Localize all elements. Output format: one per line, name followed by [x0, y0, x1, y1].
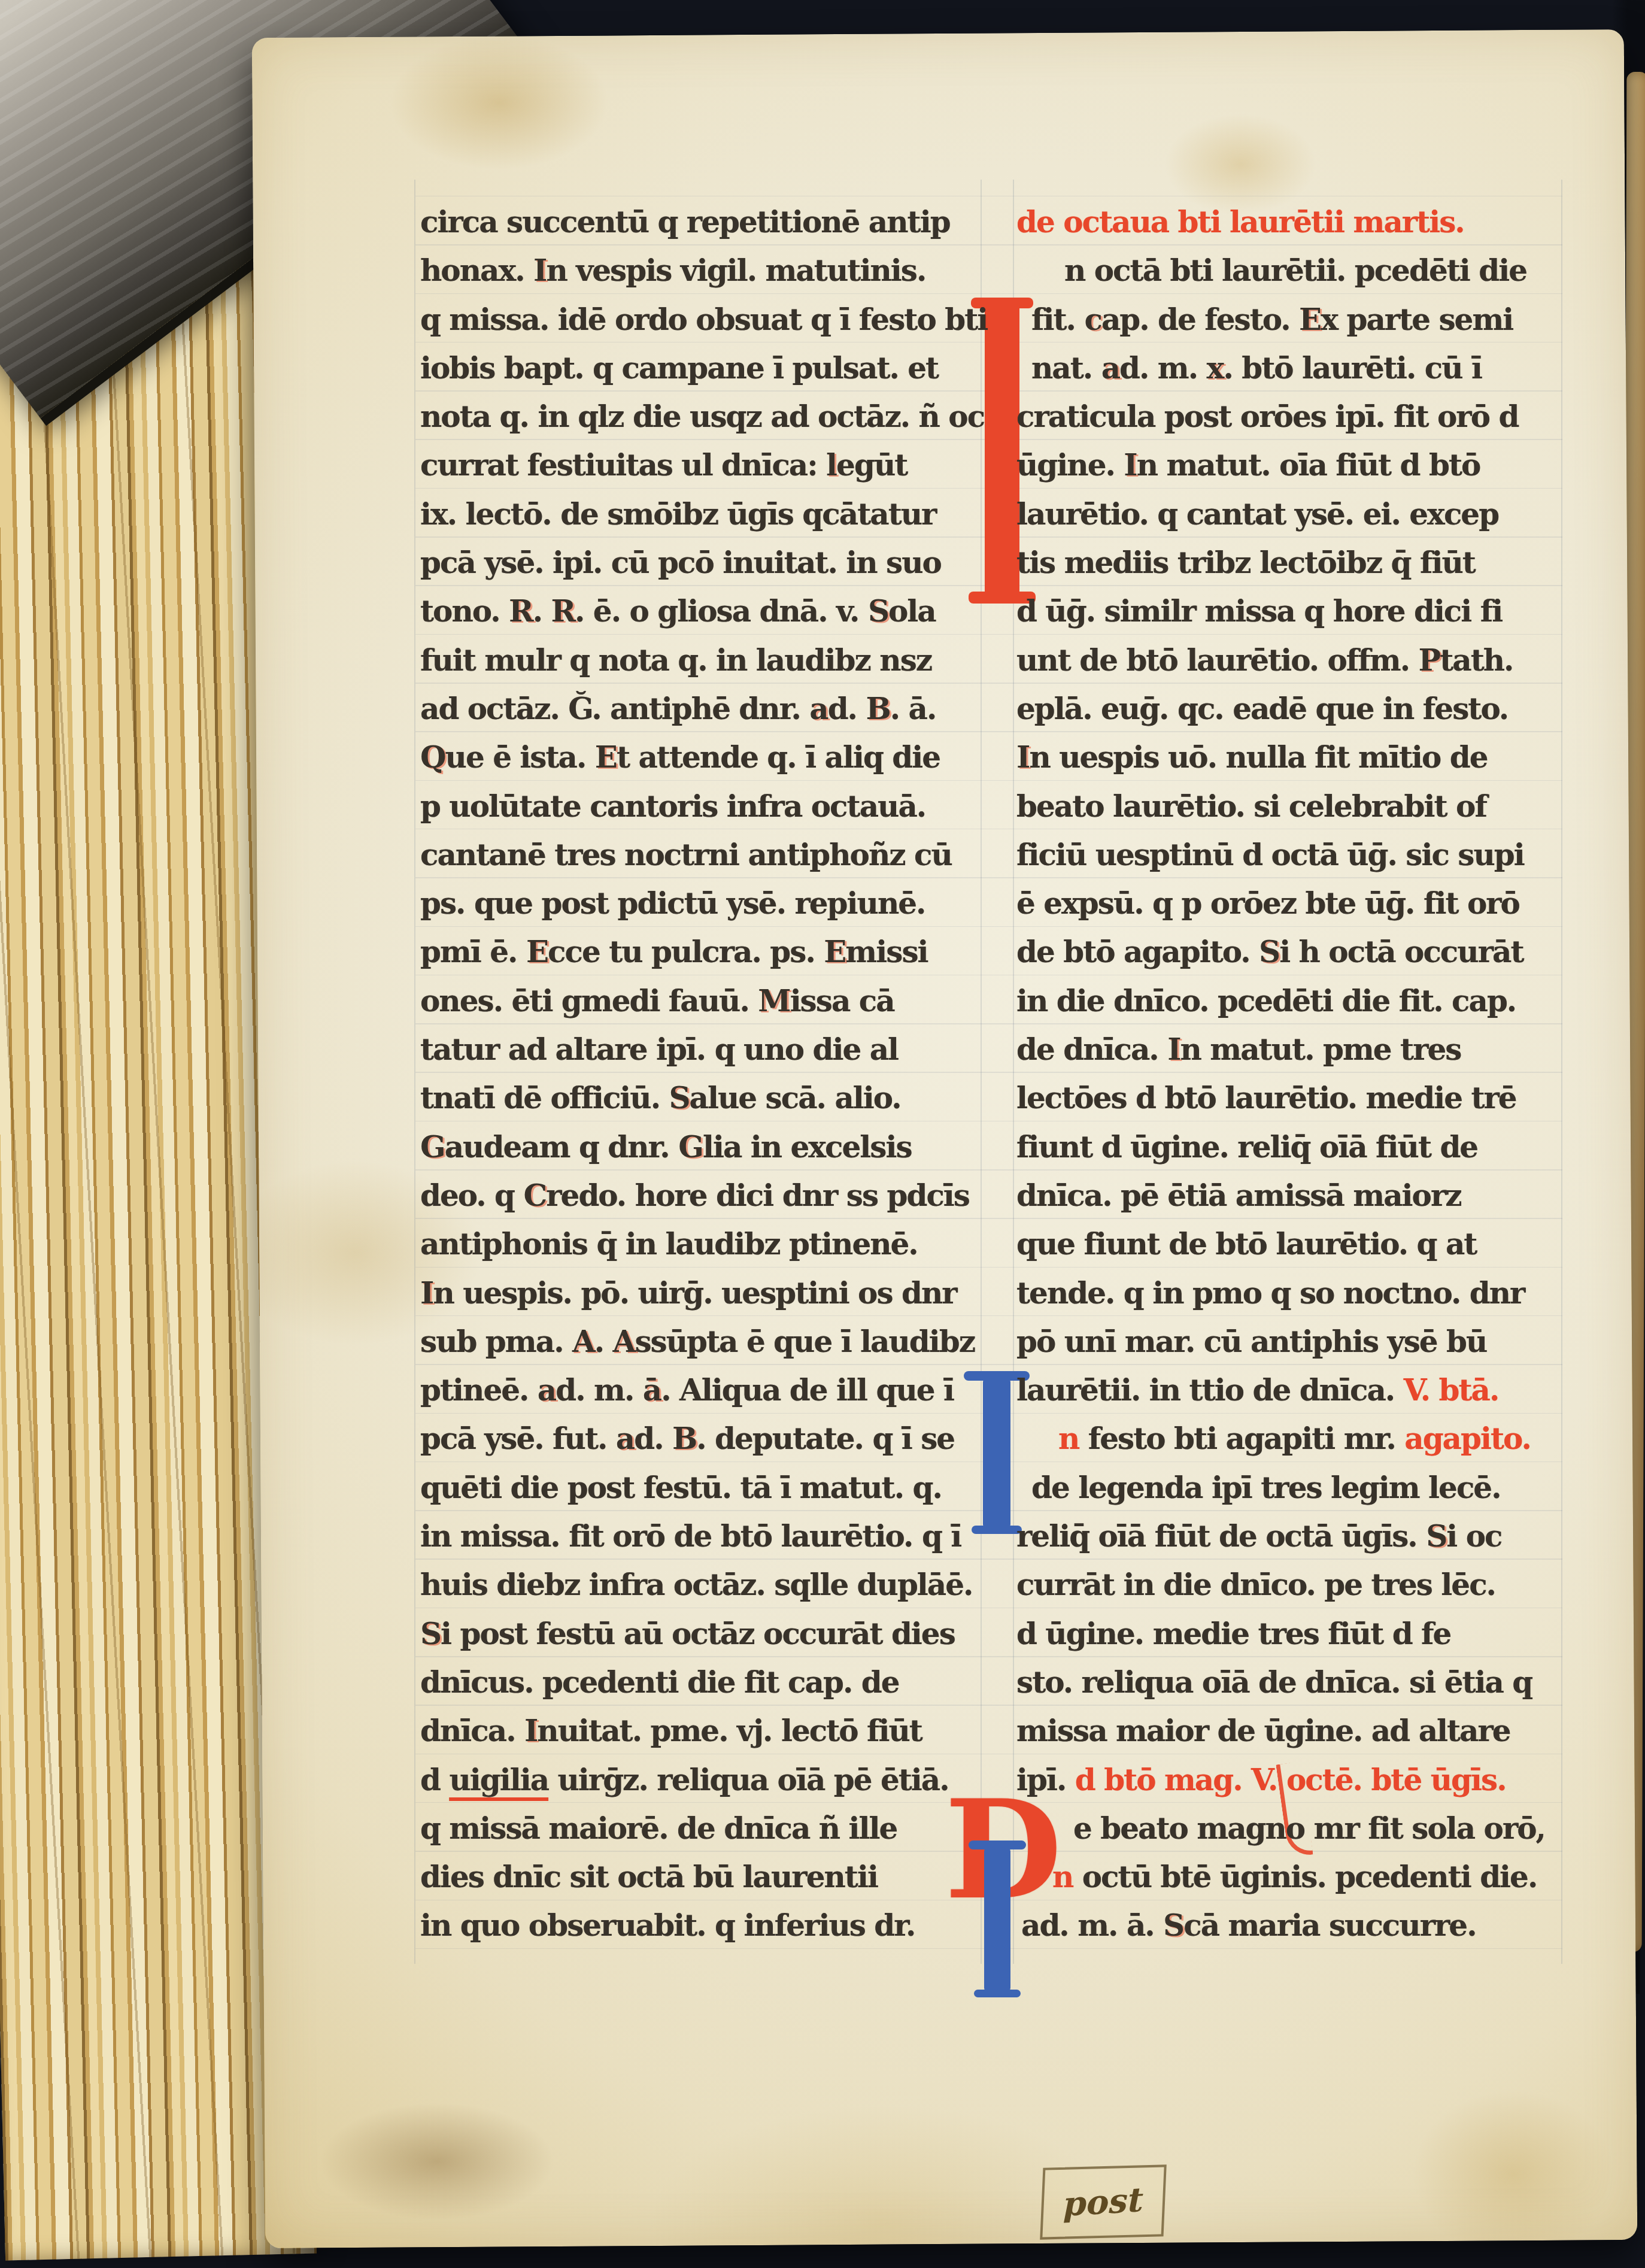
manuscript-text-segment: ones. ēti gmedi fauū. [420, 983, 758, 1018]
manuscript-text-segment: n vespis vigil. matutinis. [546, 253, 925, 288]
manuscript-line: que fiunt de btō laurētio. q at [1016, 1220, 1562, 1268]
manuscript-text-segment: A [572, 1324, 594, 1359]
manuscript-text-segment: iobis bapt. q campane ī pulsat. et [420, 350, 938, 386]
manuscript-text-segment: ix. lectō. de smōibz ūgīs qcātatur [420, 496, 936, 532]
manuscript-line: dnīca. pē ētiā amissā maiorz [1016, 1171, 1562, 1220]
manuscript-line: e beato magno mr fit sola orō, [1016, 1804, 1562, 1852]
manuscript-text-segment: B [866, 691, 890, 726]
manuscript-text-segment: d ūgine. medie tres fiūt d fe [1016, 1616, 1450, 1651]
manuscript-text-segment: pō unī mar. cū antiphis ysē bū [1016, 1324, 1486, 1359]
manuscript-text-segment: de legenda ipī tres legim lecē. [1031, 1470, 1501, 1505]
manuscript-line: In uespis uō. nulla fit mītio de [1016, 733, 1562, 781]
manuscript-line: cantanē tres noctrni antiphoñz cū [420, 830, 980, 879]
manuscript-text-segment: huis diebz infra octāz. sqlle duplāē. [420, 1567, 972, 1602]
manuscript-text-segment: E [526, 934, 548, 969]
manuscript-line: ad. m. ā. Scā maria succurre. [1016, 1901, 1562, 1949]
page-curl-shadow [281, 2084, 593, 2239]
rubric-heading: de octaua bti laurētii martis. [1016, 198, 1562, 246]
manuscript-text-segment: que fiunt de btō laurētio. q at [1016, 1226, 1476, 1262]
manuscript-text-segment: C [523, 1178, 546, 1213]
manuscript-text-segment: a [1101, 350, 1119, 386]
manuscript-text-segment: . btō laurēti. cū ī [1223, 350, 1482, 386]
manuscript-line: laurētio. q cantat ysē. ei. excep [1016, 490, 1562, 538]
manuscript-text-segment: alue scā. alio. [690, 1080, 901, 1115]
manuscript-line: ūgine. In matut. oīa fiūt d btō [1016, 441, 1562, 489]
manuscript-text-segment: I [533, 253, 546, 288]
manuscript-line: tende. q in pmo q so noctno. dnr [1016, 1269, 1562, 1317]
manuscript-line: currāt in die dnīco. pe tres lēc. [1016, 1560, 1562, 1609]
manuscript-text-segment: nuitat. pme. vj. lectō fiūt [537, 1713, 922, 1748]
manuscript-text-segment: x [1207, 350, 1224, 386]
manuscript-text-segment: a [616, 1421, 634, 1456]
manuscript-text-segment: e beato magno mr fit sola orō, [1073, 1811, 1545, 1846]
manuscript-text-segment: S [868, 593, 888, 629]
manuscript-text-segment: d [420, 1762, 449, 1797]
manuscript-text-segment: ue ē ista. [445, 739, 595, 775]
manuscript-line: fiunt d ūgine. reliq̄ oīā fiūt de [1016, 1123, 1562, 1171]
manuscript-text-segment: d ūḡ. similr missa q hore dici fi [1016, 593, 1502, 629]
manuscript-line: ps. que post pdictū ysē. repiunē. [420, 879, 980, 927]
manuscript-text-segment: uigilia [449, 1762, 548, 1797]
manuscript-text-segment: dnīca. pē ētiā amissā maiorz [1016, 1178, 1461, 1213]
manuscript-line: sto. reliqua oīā de dnīca. si ētia q [1016, 1658, 1562, 1706]
manuscript-text-segment: honax. [420, 253, 533, 288]
manuscript-text-segment: A [613, 1324, 635, 1359]
manuscript-text-segment: d btō mag. V. octē. btē ūgīs. [1075, 1762, 1506, 1797]
manuscript-text-segment: E [824, 934, 845, 969]
manuscript-line: de btō agapito. Si h octā occurāt [1016, 927, 1562, 976]
manuscript-text-segment: fit. [1031, 302, 1084, 337]
manuscript-text-segment: laurētii. in ttio de dnīca. [1016, 1372, 1404, 1408]
manuscript-text-segment: ipī. [1016, 1762, 1075, 1797]
manuscript-line: antiphonis q̄ in laudibz ptinenē. [420, 1220, 980, 1268]
manuscript-text-segment: . ē. o gliosa dnā. v. [575, 593, 868, 629]
manuscript-line: Si post festū aū octāz occurāt dies [420, 1609, 980, 1658]
manuscript-text-segment: circa succentū q repetitionē antip [420, 204, 950, 239]
manuscript-line: tis mediis tribz lectōibz q̄ fiūt [1016, 538, 1562, 587]
manuscript-line: nota q. in qlz die usqz ad octāz. ñ oc [420, 392, 980, 441]
manuscript-line: dies dnīc sit octā bū laurentii [420, 1852, 980, 1901]
manuscript-text-segment: lia in excelsis [703, 1129, 912, 1165]
manuscript-text-segment: dies dnīc sit octā bū laurentii [420, 1859, 878, 1894]
manuscript-text-segment: ūgine. [1016, 447, 1124, 483]
manuscript-line: in quo obseruabit. q inferius dr. [420, 1901, 980, 1949]
manuscript-line: n octū btē ūginis. pcedenti die. [1016, 1852, 1562, 1901]
manuscript-text-segment: S [1259, 934, 1279, 969]
manuscript-text-segment: reliq̄ oīā fiūt de octā ūgīs. [1016, 1518, 1426, 1554]
manuscript-text-segment: a [809, 691, 827, 726]
manuscript-text-segment: S [1163, 1908, 1183, 1943]
manuscript-line: honax. In vespis vigil. matutinis. [420, 246, 980, 295]
manuscript-text-segment: fiunt d ūgine. reliq̄ oīā fiūt de [1016, 1129, 1477, 1165]
manuscript-line: in missa. fit orō de btō laurētio. q ī [420, 1512, 980, 1560]
manuscript-text-segment: tis mediis tribz lectōibz q̄ fiūt [1016, 545, 1475, 580]
manuscript-text-segment: missi [845, 934, 927, 969]
manuscript-line: ix. lectō. de smōibz ūgīs qcātatur [420, 490, 980, 538]
manuscript-line: quēti die post festū. tā ī matut. q. [420, 1463, 980, 1512]
catchword-frame: post [1040, 2164, 1167, 2239]
manuscript-text-segment: ad. m. ā. [1021, 1908, 1163, 1943]
manuscript-text-segment: redo. hore dici dnr ss pdcīs [546, 1178, 969, 1213]
manuscript-text-segment: I [420, 1275, 433, 1311]
manuscript-text-segment: V. btā. [1404, 1372, 1499, 1408]
manuscript-text-segment: cce tu pulcra. ps. [548, 934, 824, 969]
manuscript-text-segment: q missā maiorē. de dnīca ñ ille [420, 1811, 897, 1846]
manuscript-text-segment: d. m. [556, 1372, 643, 1408]
manuscript-line: q missā maiorē. de dnīca ñ ille [420, 1804, 980, 1852]
manuscript-line: fit. cap. de festo. Ex parte semi [1016, 295, 1562, 344]
manuscript-text-segment: E [595, 739, 617, 775]
manuscript-line: ptineē. ad. m. ā. Aliqua de ill que ī [420, 1366, 980, 1414]
manuscript-line: ē expsū. q p orōez bte ūḡ. fit orō [1016, 879, 1562, 927]
manuscript-line: beato laurētio. si celebrabit of [1016, 782, 1562, 830]
manuscript-line: laurētii. in ttio de dnīca. V. btā. [1016, 1366, 1562, 1414]
manuscript-text-segment: pcā ysē. ipi. cū pcō inuitat. in suo [420, 545, 941, 580]
manuscript-text-segment: d. [634, 1421, 672, 1456]
manuscript-text-segment: ola [888, 593, 936, 629]
manuscript-line: d uigilia uirḡz. reliqua oīā pē ētiā. [420, 1755, 980, 1804]
manuscript-text-segment: i post festū aū octāz occurāt dies [441, 1616, 955, 1651]
manuscript-text-segment: . [533, 593, 551, 629]
manuscript-line: unt de btō laurētio. offm. Ptath. [1016, 636, 1562, 684]
manuscript-text-segment: P [1419, 642, 1440, 678]
manuscript-text-segment: I [1016, 739, 1029, 775]
manuscript-text-segment: n uespis. pō. uirḡ. uesptini os dnr [433, 1275, 956, 1311]
manuscript-text-segment: ap. de festo. [1101, 302, 1299, 337]
manuscript-line: Que ē ista. Et attende q. ī aliq die [420, 733, 980, 781]
manuscript-text-segment: R [509, 593, 533, 629]
initial-i-blue-agapiti [983, 1376, 1010, 1530]
manuscript-text-segment: n [1052, 1859, 1073, 1894]
manuscript-line: fuit mulr q nota q. in laudibz nsz [420, 636, 980, 684]
manuscript-text-segment: ptineē. [420, 1372, 538, 1408]
manuscript-text-segment: I [1124, 447, 1136, 483]
manuscript-text-segment: in missa. fit orō de btō laurētio. q ī [420, 1518, 961, 1554]
manuscript-text-segment: . Aliqua de ill que ī [661, 1372, 954, 1408]
manuscript-line: iobis bapt. q campane ī pulsat. et [420, 344, 980, 392]
manuscript-text-segment: B [672, 1421, 696, 1456]
manuscript-text-segment: i h octā occurāt [1279, 934, 1523, 969]
manuscript-line: tatur ad altare ipī. q uno die al [420, 1025, 980, 1074]
manuscript-text-segment: G [420, 1129, 445, 1165]
manuscript-line: pmī ē. Ecce tu pulcra. ps. Emissi [420, 927, 980, 976]
manuscript-line: lectōes d btō laurētio. medie trē [1016, 1074, 1562, 1122]
manuscript-text-segment: E [1299, 302, 1321, 337]
manuscript-text-segment: unt de btō laurētio. offm. [1016, 642, 1419, 678]
text-column-right: de octaua bti laurētii martis. n octā bt… [1016, 198, 1562, 1950]
manuscript-line: sub pma. A. Assūpta ē que ī laudibz [420, 1317, 980, 1366]
manuscript-text-segment: Q [420, 739, 445, 775]
manuscript-line: nat. ad. m. x. btō laurēti. cū ī [1016, 344, 1562, 392]
manuscript-line: p uolūtate cantoris infra octauā. [420, 782, 980, 830]
manuscript-text-segment: ē expsū. q p orōez bte ūḡ. fit orō [1016, 886, 1519, 921]
manuscript-text-segment: ps. que post pdictū ysē. repiunē. [420, 886, 925, 921]
manuscript-text-segment: in die dnīco. pcedēti die fit. cap. [1016, 983, 1516, 1018]
manuscript-text-segment: i oc [1446, 1518, 1501, 1554]
manuscript-text-segment: de dnīca. [1016, 1032, 1167, 1067]
manuscript-text-segment: S [420, 1616, 441, 1651]
manuscript-text-segment: p uolūtate cantoris infra octauā. [420, 789, 925, 824]
manuscript-text-segment: cā maria succurre. [1183, 1908, 1476, 1943]
manuscript-text-segment: ficiū uesptinū d octā ūḡ. sic supi [1016, 837, 1524, 872]
manuscript-text-segment: tnatī dē officiū. [420, 1080, 669, 1115]
manuscript-text-segment: n octā bti laurētii. pcedēti die [1064, 253, 1526, 288]
manuscript-text-segment: octū btē ūginis. pcedenti die. [1073, 1859, 1537, 1894]
manuscript-text-segment: laurētio. q cantat ysē. ei. excep [1016, 496, 1498, 532]
manuscript-line: d ūḡ. similr missa q hore dici fi [1016, 587, 1562, 635]
manuscript-line: ones. ēti gmedi fauū. Missa cā [420, 977, 980, 1025]
manuscript-text-segment: nat. [1031, 350, 1101, 386]
manuscript-text-segment: lectōes d btō laurētio. medie trē [1016, 1080, 1516, 1115]
manuscript-text-segment: tende. q in pmo q so noctno. dnr [1016, 1275, 1524, 1311]
manuscript-text-segment: n matut. oīa fiūt d btō [1137, 447, 1480, 483]
manuscript-line: ficiū uesptinū d octā ūḡ. sic supi [1016, 830, 1562, 879]
ruling-vertical-guide [414, 180, 415, 1964]
manuscript-text-segment: sto. reliqua oīā de dnīca. si ētia q [1016, 1664, 1532, 1700]
manuscript-text-segment: S [669, 1080, 690, 1115]
manuscript-text-segment: q missa. idē ordo obsuat q ī festo bti [420, 302, 987, 337]
manuscript-text-segment: beato laurētio. si celebrabit of [1016, 789, 1486, 824]
manuscript-line: pō unī mar. cū antiphis ysē bū [1016, 1317, 1562, 1366]
manuscript-text-segment: n uespis uō. nulla fit mītio de [1029, 739, 1487, 775]
manuscript-text-segment: quēti die post festū. tā ī matut. q. [420, 1470, 942, 1505]
manuscript-text-segment: d. m. [1119, 350, 1207, 386]
manuscript-line: pcā ysē. ipi. cū pcō inuitat. in suo [420, 538, 980, 587]
manuscript-text-segment: sub pma. [420, 1324, 572, 1359]
manuscript-text-segment: tath. [1440, 642, 1513, 678]
manuscript-line: reliq̄ oīā fiūt de octā ūgīs. Si oc [1016, 1512, 1562, 1560]
manuscript-text-segment: missa maior de ūgine. ad altare [1016, 1713, 1510, 1748]
manuscript-text-segment: currāt in die dnīco. pe tres lēc. [1016, 1567, 1495, 1602]
manuscript-line: huis diebz infra octāz. sqlle duplāē. [420, 1560, 980, 1609]
manuscript-text-segment: n [1058, 1421, 1079, 1456]
manuscript-text-segment: eplā. euḡ. qc. eadē que in festo. [1016, 691, 1508, 726]
manuscript-line: de dnīca. In matut. pme tres [1016, 1025, 1562, 1074]
manuscript-text-segment: pcā ysē. fut. [420, 1421, 616, 1456]
manuscript-text-segment: cantanē tres noctrni antiphoñz cū [420, 837, 952, 872]
ruling-vertical-guide [981, 180, 982, 1964]
manuscript-text-segment: S [1426, 1518, 1446, 1554]
manuscript-text-segment: ssūpta ē que ī laudibz [635, 1324, 975, 1359]
manuscript-text-segment: . deputate. q ī se [696, 1421, 954, 1456]
manuscript-text-segment: agapito. [1404, 1421, 1531, 1456]
manuscript-line: q missa. idē ordo obsuat q ī festo bti [420, 295, 980, 344]
manuscript-text-segment: dnīcus. pcedenti die fit cap. de [420, 1664, 899, 1700]
manuscript-text-segment: I [1167, 1032, 1180, 1067]
manuscript-line: ad octāz. Ğ. antiphē dnr. ad. B. ā. [420, 684, 980, 733]
manuscript-text-segment: ā [643, 1372, 661, 1408]
manuscript-text-segment: festo bti agapiti mr. [1079, 1421, 1404, 1456]
manuscript-text-segment: . ā. [890, 691, 936, 726]
manuscript-line: dnīcus. pcedenti die fit cap. de [420, 1658, 980, 1706]
manuscript-line: deo. q Credo. hore dici dnr ss pdcīs [420, 1171, 980, 1220]
manuscript-text-segment: issa cā [790, 983, 894, 1018]
manuscript-line: tnatī dē officiū. Salue scā. alio. [420, 1074, 980, 1122]
manuscript-line: n festo bti agapiti mr. agapito. [1016, 1414, 1562, 1463]
manuscript-text-segment: a [538, 1372, 556, 1408]
text-column-left: circa succentū q repetitionē antiphonax.… [420, 198, 980, 1950]
manuscript-text-segment: audeam q dnr. [445, 1129, 678, 1165]
manuscript-text-segment: de btō agapito. [1016, 934, 1259, 969]
manuscript-line: craticula post orōes ipī. fit orō d [1016, 392, 1562, 441]
catchword-label: post [1063, 2180, 1144, 2224]
manuscript-text-segment: egūt [836, 447, 907, 483]
manuscript-text-segment: . [594, 1324, 613, 1359]
manuscript-line: ipī. d btō mag. V. octē. btē ūgīs. [1016, 1755, 1562, 1804]
manuscript-text-segment: craticula post orōes ipī. fit orō d [1016, 399, 1518, 434]
manuscript-text-segment: t attende q. ī aliq die [617, 739, 940, 775]
manuscript-text-segment: I [524, 1713, 537, 1748]
manuscript-line: Gaudeam q dnr. Glia in excelsis [420, 1123, 980, 1171]
manuscript-line: de legenda ipī tres legim lecē. [1016, 1463, 1562, 1512]
manuscript-line: missa maior de ūgine. ad altare [1016, 1706, 1562, 1755]
manuscript-text-segment: M [758, 983, 790, 1018]
manuscript-text-segment: dnīca. [420, 1713, 524, 1748]
manuscript-text-segment: tono. [420, 593, 509, 629]
manuscript-line: n octā bti laurētii. pcedēti die [1016, 246, 1562, 295]
manuscript-line: d ūgine. medie tres fiūt d fe [1016, 1609, 1562, 1658]
manuscript-text-segment: x parte semi [1321, 302, 1513, 337]
manuscript-line: currat festiuitas ul dnīca: legūt [420, 441, 980, 489]
manuscript-text-segment: G [678, 1129, 703, 1165]
manuscript-text-segment: c [1084, 302, 1101, 337]
manuscript-text-segment: pmī ē. [420, 934, 526, 969]
manuscript-line: circa succentū q repetitionē antip [420, 198, 980, 246]
manuscript-text-segment: ad octāz. Ğ. antiphē dnr. [420, 691, 809, 726]
manuscript-line: dnīca. Inuitat. pme. vj. lectō fiūt [420, 1706, 980, 1755]
manuscript-line: In uespis. pō. uirḡ. uesptini os dnr [420, 1269, 980, 1317]
manuscript-text-segment: d. [828, 691, 866, 726]
manuscript-line: pcā ysē. fut. ad. B. deputate. q ī se [420, 1414, 980, 1463]
manuscript-text-segment: fuit mulr q nota q. in laudibz nsz [420, 642, 931, 678]
manuscript-text-segment: in quo obseruabit. q inferius dr. [420, 1908, 915, 1943]
manuscript-line: eplā. euḡ. qc. eadē que in festo. [1016, 684, 1562, 733]
manuscript-text-segment: currat festiuitas ul dnīca: [420, 447, 826, 483]
manuscript-photo: D circa succentū q repetitionē antiphona… [0, 0, 1645, 2268]
manuscript-text-segment: nota q. in qlz die usqz ad octāz. ñ oc [420, 399, 984, 434]
manuscript-text-segment: uirḡz. reliqua oīā pē ētiā. [548, 1762, 949, 1797]
manuscript-line: tono. R. R. ē. o gliosa dnā. v. Sola [420, 587, 980, 635]
initial-i-red-laurentii [985, 302, 1019, 599]
manuscript-text-segment: R [551, 593, 575, 629]
manuscript-text-segment: tatur ad altare ipī. q uno die al [420, 1032, 898, 1067]
manuscript-text-segment: l [826, 447, 836, 483]
manuscript-text-segment: n matut. pme tres [1180, 1032, 1461, 1067]
manuscript-line: in die dnīco. pcedēti die fit. cap. [1016, 977, 1562, 1025]
initial-i-blue-virginis [984, 1845, 1010, 1994]
manuscript-text-segment: deo. q [420, 1178, 523, 1213]
manuscript-text-segment: antiphonis q̄ in laudibz ptinenē. [420, 1226, 918, 1262]
